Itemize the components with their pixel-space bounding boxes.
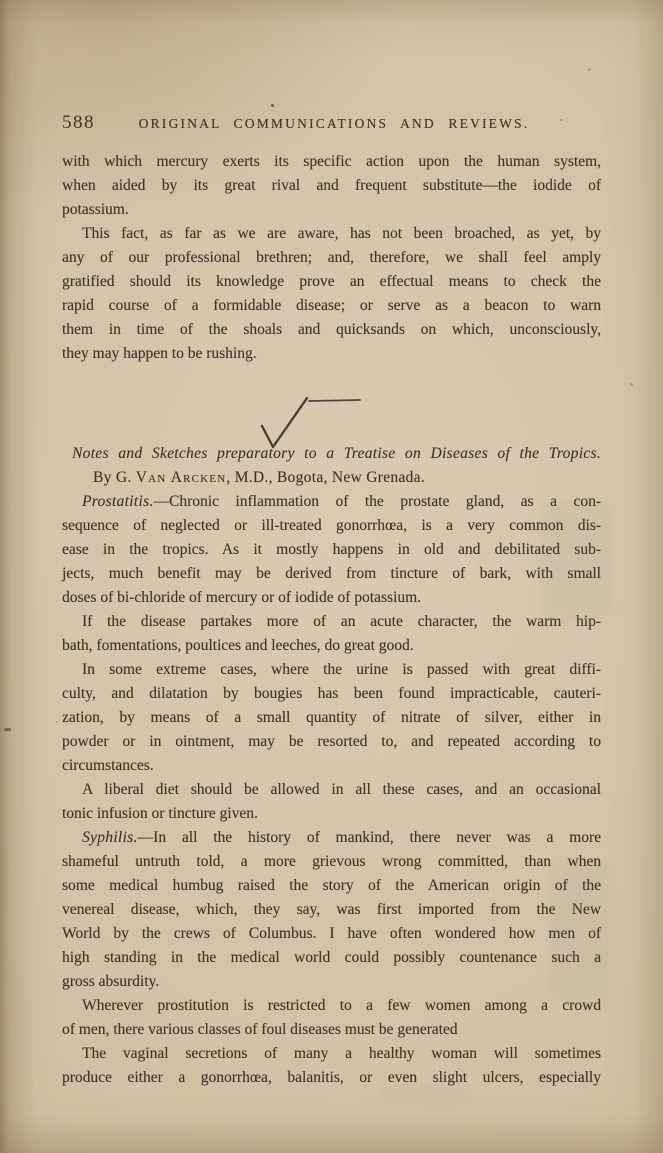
text-line: with which mercury exerts its specific a… — [62, 150, 601, 174]
article-byline: By G. Van Arcken, M.D., Bogota, New Gren… — [62, 466, 601, 490]
text-line: In some extreme cases, where the urine i… — [62, 658, 601, 682]
text-line: powder or in ointment, may be resorted t… — [62, 730, 601, 754]
text-line: rapid course of a formidable disease; or… — [62, 294, 601, 318]
text-line: bath, fomentations, poultices and leeche… — [62, 634, 601, 658]
text-line: This fact, as far as we are aware, has n… — [62, 222, 601, 246]
paragraph: Syphilis.—In all the history of mankind,… — [62, 826, 601, 994]
text-line: Prostatitis.—Chronic inflammation of the… — [62, 490, 601, 514]
text-line: produce either a gonorrhœa, balanitis, o… — [62, 1066, 601, 1090]
text-line: potassium. — [62, 198, 601, 222]
article-title: Notes and Sketches preparatory to a Trea… — [62, 442, 601, 466]
body-text: with which mercury exerts its specific a… — [62, 150, 601, 1090]
paragraph: This fact, as far as we are aware, has n… — [62, 222, 601, 366]
text-line: World by the crews of Columbus. I have o… — [62, 922, 601, 946]
paragraph: with which mercury exerts its specific a… — [62, 150, 601, 222]
text-line: tonic infusion or tincture given. — [62, 802, 601, 826]
running-head-title: ORIGINAL COMMUNICATIONS AND REVIEWS. — [81, 116, 587, 132]
text-line: when aided by its great rival and freque… — [62, 174, 601, 198]
paragraph: If the disease partakes more of an acute… — [62, 610, 601, 658]
article-heading: Notes and Sketches preparatory to a Trea… — [62, 442, 601, 490]
page-header: 588 ORIGINAL COMMUNICATIONS AND REVIEWS. — [62, 112, 601, 134]
text-line: of men, there various classes of foul di… — [62, 1018, 601, 1042]
paragraph: Prostatitis.—Chronic inflammation of the… — [62, 490, 601, 610]
text-line: ease in the tropics. As it mostly happen… — [62, 538, 601, 562]
text-line: they may happen to be rushing. — [62, 342, 601, 366]
text-line: some medical humbug raised the story of … — [62, 874, 601, 898]
text-line: gratified should its knowledge prove an … — [62, 270, 601, 294]
text-line: high standing in the medical world could… — [62, 946, 601, 970]
show-through-smudge — [550, 860, 610, 1000]
paper-speck — [560, 119, 562, 121]
text-line: venereal disease, which, they say, was f… — [62, 898, 601, 922]
paragraph: In some extreme cases, where the urine i… — [62, 658, 601, 778]
text-line: sequence of neglected or ill-treated gon… — [62, 514, 601, 538]
text-line: A liberal diet should be allowed in all … — [62, 778, 601, 802]
paper-speck — [4, 728, 11, 731]
text-line: zation, by means of a small quantity of … — [62, 706, 601, 730]
text-line: any of our professional brethren; and, t… — [62, 246, 601, 270]
text-line: culty, and dilatation by bougies has bee… — [62, 682, 601, 706]
show-through-smudge — [380, 1088, 470, 1102]
text-line: them in time of the shoals and quicksand… — [62, 318, 601, 342]
text-line: gross absurdity. — [62, 970, 601, 994]
text-line: doses of bi-chloride of mercury or of io… — [62, 586, 601, 610]
text-line: If the disease partakes more of an acute… — [62, 610, 601, 634]
paragraph: A liberal diet should be allowed in all … — [62, 778, 601, 826]
paragraph: The vaginal secretions of many a healthy… — [62, 1042, 601, 1090]
paper-speck — [630, 383, 633, 386]
text-line: Wherever prostitution is restricted to a… — [62, 994, 601, 1018]
show-through-smudge — [540, 500, 610, 620]
text-line: The vaginal secretions of many a healthy… — [62, 1042, 601, 1066]
text-line: Syphilis.—In all the history of mankind,… — [62, 826, 601, 850]
paragraph: Wherever prostitution is restricted to a… — [62, 994, 601, 1042]
paper-speck — [588, 68, 591, 71]
paper-speck — [56, 721, 58, 723]
book-page: 588 ORIGINAL COMMUNICATIONS AND REVIEWS.… — [0, 0, 663, 1153]
paper-speck — [271, 104, 274, 107]
text-line: jects, much benefit may be derived from … — [62, 562, 601, 586]
text-line: circumstances. — [62, 754, 601, 778]
text-line: shameful untruth told, a more grievous w… — [62, 850, 601, 874]
